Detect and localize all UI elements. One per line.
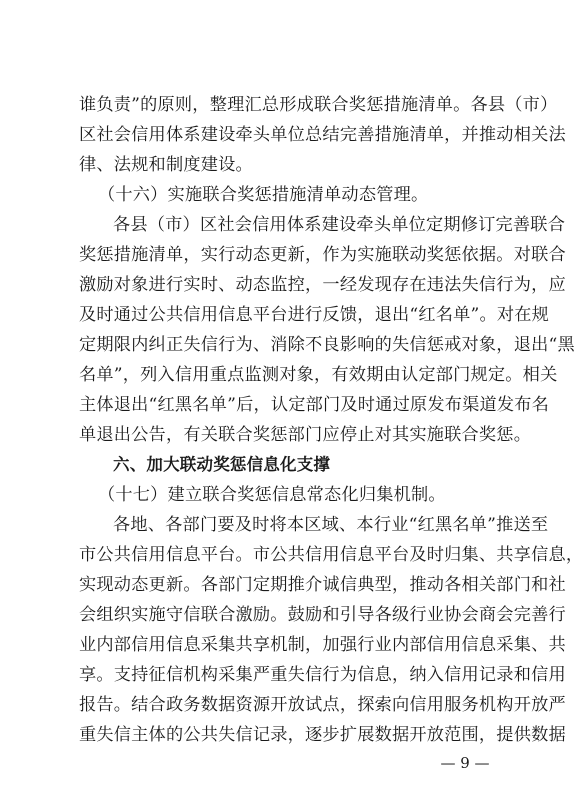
text-line: 及时通过公共信用信息平台进行反馈，退出“红名单”。对在规 <box>79 304 497 326</box>
page-number: — 9 — <box>420 754 510 772</box>
section-heading-6: 六、加大联动奖惩信息化支撑 <box>113 454 497 476</box>
text-line: 会组织实施守信联合激励。鼓励和引导各级行业协会商会完善行 <box>79 604 497 626</box>
text-line: 主体退出“红黑名单”后，认定部门及时通过原发布渠道发布名 <box>79 394 497 416</box>
text-line: 单退出公告，有关联合奖惩部门应停止对其实施联合奖惩。 <box>79 424 497 446</box>
text-line: 名单”，列入信用重点监测对象，有效期由认定部门规定。相关 <box>79 364 497 386</box>
text-line: 报告。结合政务数据资源开放试点，探索向信用服务机构开放严 <box>79 694 497 716</box>
text-line: 享。支持征信机构采集严重失信行为信息，纳入信用记录和信用 <box>79 664 497 686</box>
paragraph-start: 各县（市）区社会信用体系建设牵头单位定期修订完善联合 <box>113 214 497 236</box>
text-line: 业内部信用信息采集共享机制，加强行业内部信用信息采集、共 <box>79 634 497 656</box>
text-line: 定期限内纠正失信行为、消除不良影响的失信惩戒对象，退出“黑 <box>79 334 497 356</box>
text-line: 实现动态更新。各部门定期推介诚信典型，推动各相关部门和社 <box>79 574 497 596</box>
text-line: 奖惩措施清单，实行动态更新，作为实施联动奖惩依据。对联合 <box>79 244 497 266</box>
text-line: 激励对象进行实时、动态监控，一经发现存在违法失信行为，应 <box>79 274 497 296</box>
subheading-16: （十六）实施联合奖惩措施清单动态管理。 <box>98 184 482 206</box>
text-line: 市公共信用信息平台。市公共信用信息平台及时归集、共享信息， <box>79 544 497 566</box>
subheading-17: （十七）建立联合奖惩信息常态化归集机制。 <box>98 484 482 506</box>
document-page: 谁负责”的原则，整理汇总形成联合奖惩措施清单。各县（市） 区社会信用体系建设牵头… <box>0 0 578 786</box>
text-line: 谁负责”的原则，整理汇总形成联合奖惩措施清单。各县（市） <box>79 94 497 116</box>
text-line: 区社会信用体系建设牵头单位总结完善措施清单，并推动相关法 <box>79 124 497 146</box>
paragraph-start: 各地、各部门要及时将本区域、本行业“红黑名单”推送至 <box>113 514 497 536</box>
text-line: 律、法规和制度建设。 <box>79 154 497 176</box>
text-line: 重失信主体的公共失信记录，逐步扩展数据开放范围，提供数据 <box>79 724 497 746</box>
